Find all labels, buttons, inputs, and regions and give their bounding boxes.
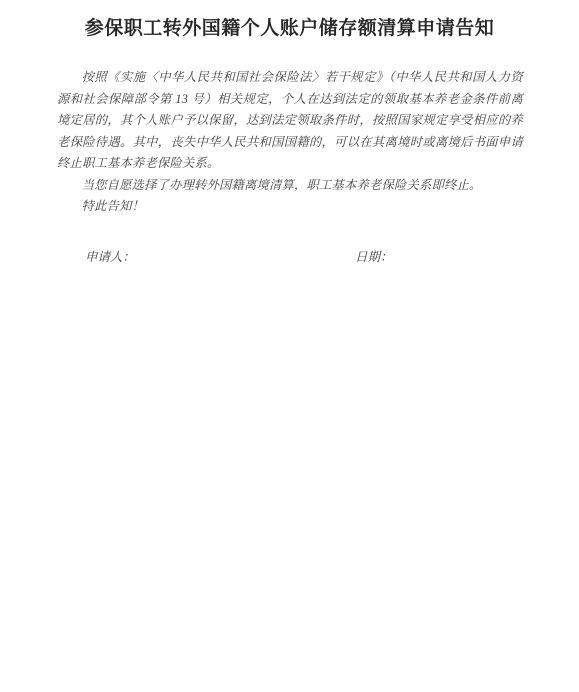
notice-paragraph-closing: 特此告知！ [57,196,523,218]
date-label: 日期： [355,247,393,265]
notice-title: 参保职工转外国籍个人账户储存额清算申请告知 [0,13,579,40]
notice-paragraph-regulation: 按照《实施〈中华人民共和国社会保险法〉若干规定》（中华人民共和国人力资源和社会保… [57,67,523,175]
notice-paragraph-voluntary-choice: 当您自愿选择了办理转外国籍离境清算，职工基本养老保险关系即终止。 [57,175,523,197]
notice-document-page: 参保职工转外国籍个人账户储存额清算申请告知 按照《实施〈中华人民共和国社会保险法… [0,0,579,692]
notice-body: 按照《实施〈中华人民共和国社会保险法〉若干规定》（中华人民共和国人力资源和社会保… [57,67,523,218]
applicant-label: 申请人： [85,247,135,265]
signature-row: 申请人： 日期： [57,247,523,269]
